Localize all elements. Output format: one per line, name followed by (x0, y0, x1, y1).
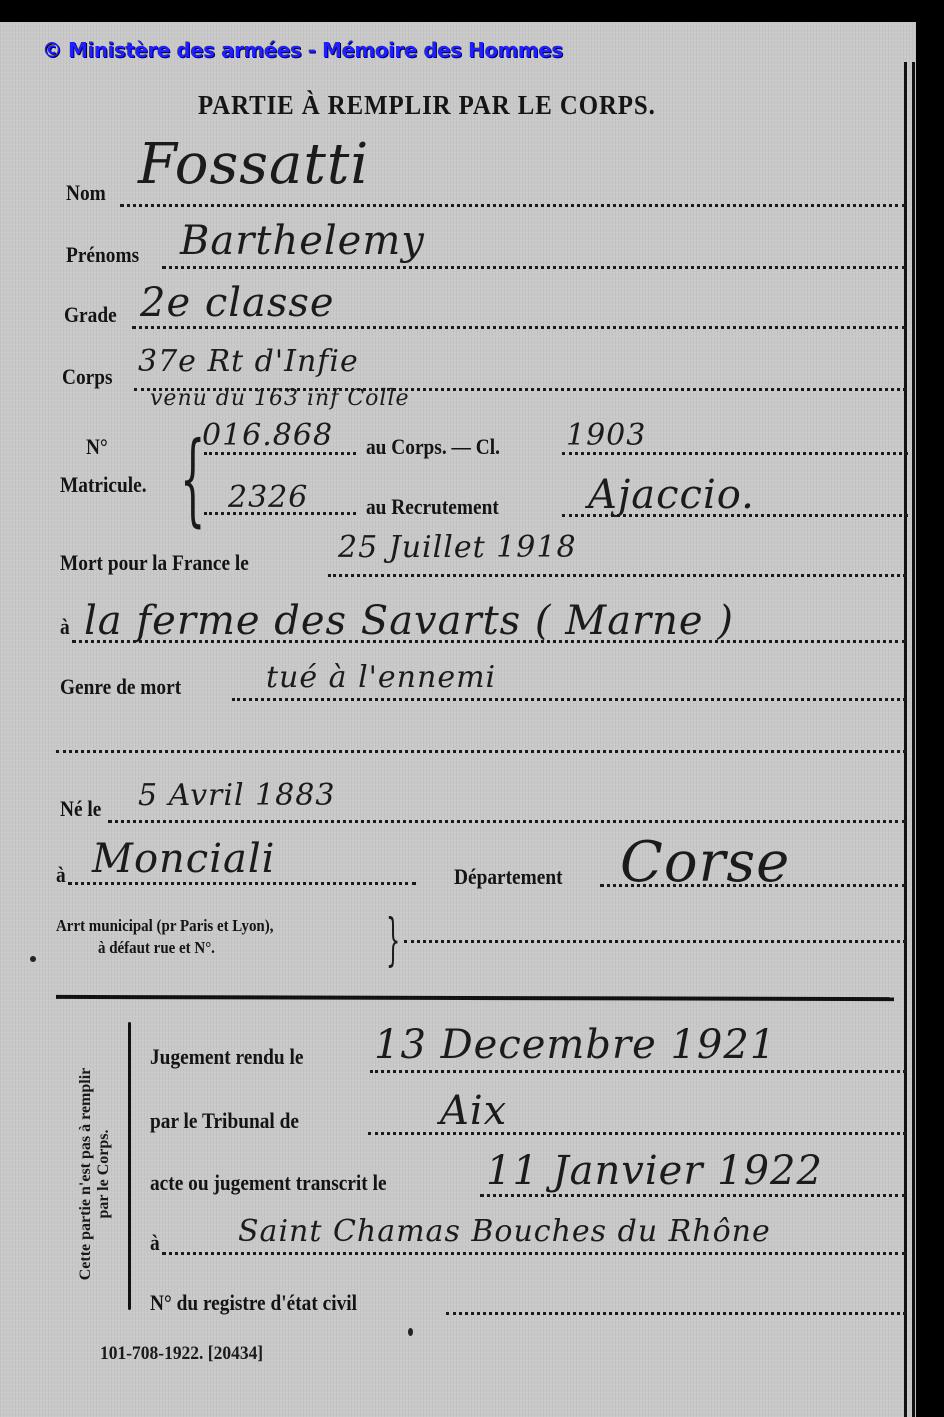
field-line-prenoms (162, 266, 906, 269)
ink-speck (408, 1328, 413, 1336)
label-grade: Grade (64, 302, 117, 328)
value-tribunal: Aix (440, 1088, 507, 1134)
label-jugement-rendu: Jugement rendu le (150, 1044, 303, 1070)
side-note-text: Cette partie n'est pas à remplir par le … (77, 1059, 113, 1289)
value-transcrit: 11 Janvier 1922 (486, 1148, 823, 1194)
label-au-corps: au Corps. — Cl. (366, 434, 500, 460)
form-reference: 101-708-1922. [20434] (100, 1343, 263, 1365)
label-registre: N° du registre d'état civil (150, 1290, 357, 1316)
label-no: N° (86, 434, 108, 460)
value-lieu-transcription: Saint Chamas Bouches du Rhône (238, 1214, 771, 1249)
document-page (0, 22, 916, 1417)
label-matricule: Matricule. (60, 472, 147, 498)
field-line-date-naissance (108, 820, 906, 823)
value-jugement-rendu: 13 Decembre 1921 (374, 1022, 776, 1068)
value-matricule-recrutement: 2326 (228, 480, 308, 515)
page-border-line (912, 62, 915, 1417)
label-ne: Né le (60, 796, 101, 822)
value-lieu-naissance: Monciali (92, 836, 275, 882)
value-departement: Corse (620, 830, 790, 895)
side-note: Cette partie n'est pas à remplir par le … (58, 1078, 128, 1308)
field-line-extra (56, 750, 906, 753)
field-line-registre (446, 1312, 906, 1315)
form-title: PARTIE À REMPLIR PAR LE CORPS. (198, 90, 656, 121)
value-date-naissance: 5 Avril 1883 (138, 778, 335, 813)
label-transcrit: acte ou jugement transcrit le (150, 1170, 387, 1196)
label-arrondissement-line1: Arrt municipal (pr Paris et Lyon), (56, 916, 273, 936)
label-lieu-deces: à (60, 614, 70, 640)
label-tribunal: par le Tribunal de (150, 1108, 299, 1134)
label-genre-mort: Genre de mort (60, 674, 181, 700)
copyright-watermark: © Ministère des armées - Mémoire des Hom… (42, 38, 563, 62)
value-lieu-deces: la ferme des Savarts ( Marne ) (84, 598, 734, 644)
value-classe: 1903 (566, 418, 646, 453)
field-line-nom (120, 204, 906, 207)
field-line-genre-mort (232, 698, 906, 701)
brace-jugement (128, 1022, 131, 1310)
label-mort: Mort pour la France le (60, 550, 249, 576)
label-au-recrutement: au Recrutement (366, 494, 499, 520)
value-matricule-corps: 016.868 (202, 418, 333, 453)
field-line-arrondissement (404, 940, 906, 943)
value-nom: Fossatti (138, 132, 369, 197)
label-nom: Nom (66, 180, 106, 206)
value-date-deces: 25 Juillet 1918 (338, 530, 577, 565)
label-departement: Département (454, 864, 563, 890)
brace-arrondissement: } (386, 908, 400, 973)
value-grade: 2e classe (140, 280, 335, 326)
value-recrutement: Ajaccio. (588, 472, 755, 518)
field-line-date-deces (328, 574, 906, 577)
field-line-lieu-transcription (162, 1252, 906, 1255)
value-genre-mort: tué à l'ennemi (266, 660, 496, 695)
field-line-transcrit (480, 1194, 906, 1197)
label-lieu-transcription: à (150, 1230, 160, 1256)
value-corps-line1: 37e Rt d'Infie (138, 344, 359, 379)
label-lieu-naissance: à (56, 862, 66, 888)
label-prenoms: Prénoms (66, 242, 139, 268)
label-arrondissement-line2: à défaut rue et N°. (98, 938, 215, 958)
value-prenoms: Barthelemy (180, 218, 425, 264)
value-corps-line2: venu du 163 inf Colle (150, 386, 410, 411)
field-line-jugement-rendu (370, 1070, 906, 1073)
ink-speck (30, 956, 36, 962)
label-corps: Corps (62, 364, 113, 390)
field-line-lieu-naissance (68, 882, 416, 885)
field-line-grade (132, 326, 906, 329)
